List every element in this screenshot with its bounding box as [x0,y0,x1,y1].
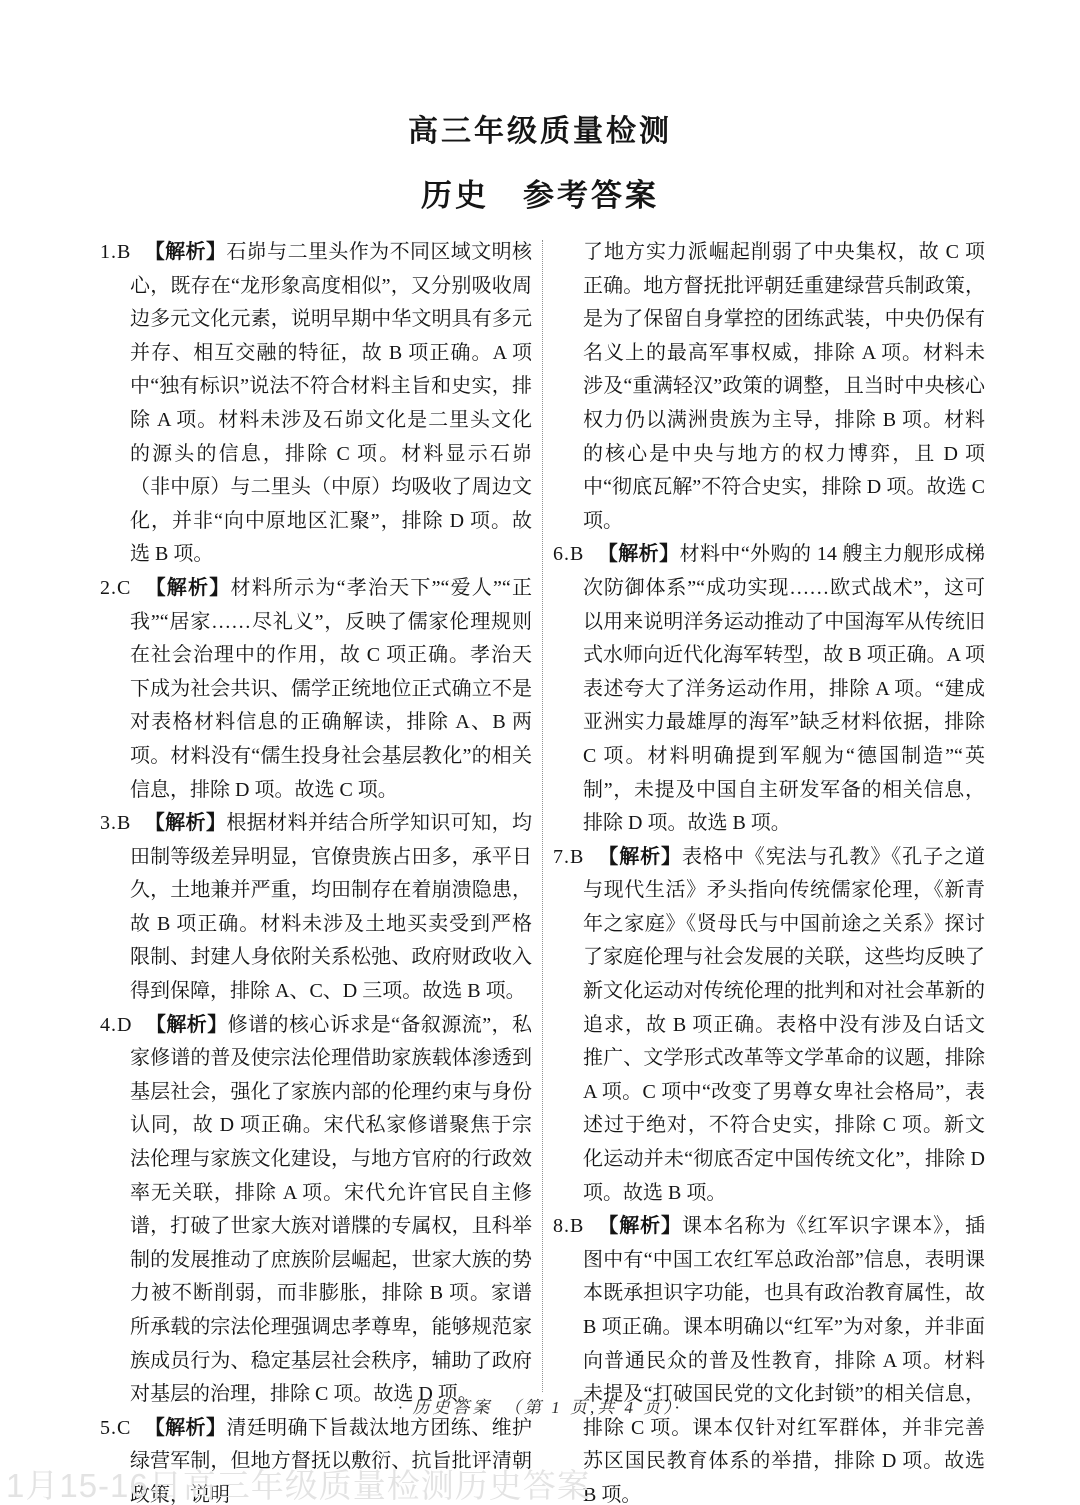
answer-number: 5.C [100,1417,131,1439]
answer-key-page: 高三年级质量检测 历史 参考答案 1.B【解析】石峁与二里头作为不同区域文明核心… [0,0,1080,1505]
analysis-text: 材料所示为“孝治天下”“爱人”“正我”“居家……尽礼义”，反映了儒家伦理规则在社… [130,577,532,801]
analysis-text: 石峁与二里头作为不同区域文明核心，既存在“龙形象高度相似”，又分别吸收周边多元文… [130,241,532,565]
page-footer: · 历史答案 （第 1 页,共 4 页）· [0,1393,1080,1418]
analysis-text: 课本名称为《红军识字课本》，插图中有“中国工农红军总政治部”信息，表明课本既承担… [583,1215,985,1505]
analysis-text: 了地方实力派崛起削弱了中央集权，故 C 项正确。地方督抚批评朝廷重建绿营兵制政策… [583,241,985,532]
answer-item-1: 1.B【解析】石峁与二里头作为不同区域文明核心，既存在“龙形象高度相似”，又分别… [100,236,532,572]
answer-item-8: 8.B【解析】课本名称为《红军识字课本》，插图中有“中国工农红军总政治部”信息，… [553,1210,985,1505]
answer-item-6: 6.B【解析】材料中“外购的 14 艘主力舰形成梯次防御体系”“成功实现……欧式… [553,538,985,840]
page-subtitle: 历史 参考答案 [0,170,1080,215]
answer-item-5-continuation: 了地方实力派崛起削弱了中央集权，故 C 项正确。地方督抚批评朝廷重建绿营兵制政策… [553,236,985,538]
analysis-label: 【解析】 [144,577,230,599]
analysis-label: 【解析】 [597,846,682,868]
page-title: 高三年级质量检测 [0,0,1080,150]
analysis-label: 【解析】 [597,543,679,565]
answer-number: 1.B [100,241,131,263]
analysis-text: 材料中“外购的 14 艘主力舰形成梯次防御体系”“成功实现……欧式战术”，这可以… [583,543,985,834]
answer-number: 2.C [100,577,131,599]
left-column: 1.B【解析】石峁与二里头作为不同区域文明核心，既存在“龙形象高度相似”，又分别… [100,236,532,1505]
answer-number: 4.D [100,1014,132,1036]
analysis-text: 根据材料并结合所学知识可知，均田制等级差异明显，官僚贵族占田多，承平日久，土地兼… [130,812,532,1002]
analysis-label: 【解析】 [144,1417,226,1439]
column-divider [542,240,543,1392]
analysis-label: 【解析】 [597,1215,682,1237]
answer-number: 8.B [553,1215,584,1237]
analysis-label: 【解析】 [144,241,226,263]
answer-item-7: 7.B【解析】表格中《宪法与孔教》《孔子之道与现代生活》矛头指向传统儒家伦理，《… [553,841,985,1211]
answer-item-2: 2.C【解析】材料所示为“孝治天下”“爱人”“正我”“居家……尽礼义”，反映了儒… [100,572,532,807]
answer-number: 7.B [553,846,584,868]
answer-number: 6.B [553,543,584,565]
analysis-label: 【解析】 [144,812,226,834]
answer-number: 3.B [100,812,131,834]
watermark-text: 1月15-16日高三年级质量检测历史答案 [6,1460,591,1505]
right-column: 了地方实力派崛起削弱了中央集权，故 C 项正确。地方督抚批评朝廷重建绿营兵制政策… [553,236,985,1505]
answer-item-3: 3.B【解析】根据材料并结合所学知识可知，均田制等级差异明显，官僚贵族占田多，承… [100,807,532,1009]
answer-item-4: 4.D【解析】修谱的核心诉求是“备叙源流”，私家修谱的普及使宗法伦理借助家族载体… [100,1009,532,1412]
analysis-text: 表格中《宪法与孔教》《孔子之道与现代生活》矛头指向传统儒家伦理，《新青年之家庭》… [583,846,985,1204]
analysis-text: 修谱的核心诉求是“备叙源流”，私家修谱的普及使宗法伦理借助家族载体渗透到基层社会… [130,1014,532,1406]
analysis-label: 【解析】 [145,1014,227,1036]
